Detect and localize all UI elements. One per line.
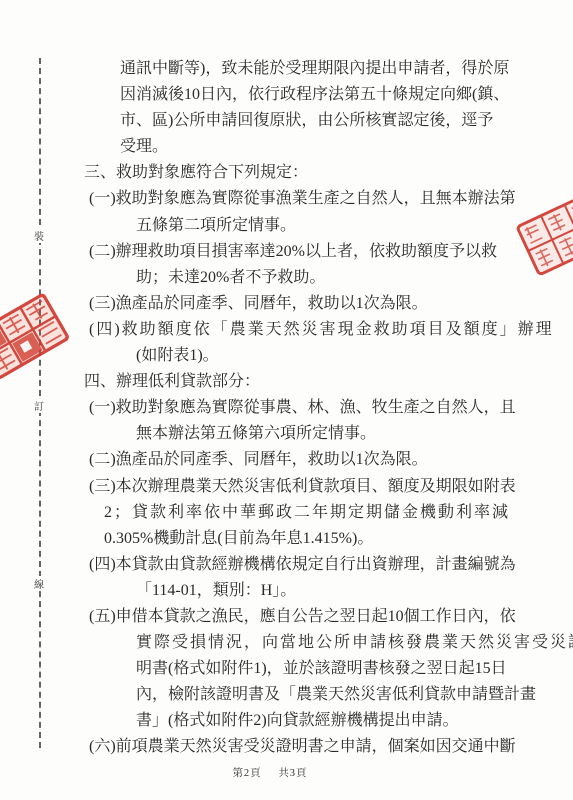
page-footer: 第2頁 共3頁 [0,765,540,780]
text-line: (三)本次辦理農業天然災害低利貸款項目、額度及期限如附表 [0,474,573,500]
text-line: (一)救助對象應為實際從事農、林、漁、牧生產之自然人，且 [0,395,573,421]
text-line: (六)前項農業天然災害受災證明書之申請，個案如因交通中斷 [0,734,573,760]
footer-total-pages: 共3頁 [278,768,307,779]
text-line: (二)辦理救助項目損害率達20%以上者，依救助額度予以救 [0,239,573,265]
text-line: 五條第二項所定情事。 [0,213,573,239]
text-line: 內，檢附該證明書及「農業天然災害低利貸款申請暨計畫 [0,682,573,708]
text-line: 市、區)公所申請回復原狀，由公所核實認定後，逕予 [0,108,573,134]
text-line: 三、救助對象應符合下列規定： [0,160,573,186]
text-line: (三)漁產品於同產季、同曆年，救助以1次為限。 [0,291,573,317]
text-line: 因消滅後10日內，依行政程序法第五十條規定向鄉(鎮、 [0,82,573,108]
text-line: 實際受損情況，向當地公所申請核發農業天然災害受災證 [0,630,573,656]
text-line: (如附表1)。 [0,343,573,369]
text-line: 0.305%機動計息(目前為年息1.415%)。 [0,526,573,552]
document-body-text: 通訊中斷等)，致未能於受理期限內提出申請者，得於原因消滅後10日內，依行政程序法… [0,56,573,761]
footer-page-number: 第2頁 [232,768,261,779]
text-line: 書」(格式如附件2)向貸款經辦機構提出申請。 [0,708,573,734]
scanned-document-page: 裝 訂 線 通訊中斷等)，致未能於受理期限內提出申請者，得於原因消滅後10日內，… [0,0,573,800]
text-line: 2；貸款利率依中華郵政二年期定期儲金機動利率減 [0,500,573,526]
text-line: 受理。 [0,134,573,160]
text-line: (二)漁產品於同產季、同曆年，救助以1次為限。 [0,447,573,473]
text-line: (五)申借本貸款之漁民，應自公告之翌日起10個工作日內，依 [0,604,573,630]
text-line: 四、辦理低利貸款部分： [0,369,573,395]
text-line: 無本辦法第五條第六項所定情事。 [0,421,573,447]
text-line: 通訊中斷等)，致未能於受理期限內提出申請者，得於原 [0,56,573,82]
text-line: (四)本貸款由貸款經辦機構依規定自行出資辦理，計畫編號為 [0,552,573,578]
text-line: (四)救助額度依「農業天然災害現金救助項目及額度」辦理 [0,317,573,343]
text-line: 助；未達20%者不予救助。 [0,265,573,291]
text-line: (一)救助對象應為實際從事漁業生產之自然人，且無本辦法第 [0,186,573,212]
text-line: 「114-01，類別：H」。 [0,578,573,604]
text-line: 明書(格式如附件1)，並於該證明書核發之翌日起15日 [0,656,573,682]
